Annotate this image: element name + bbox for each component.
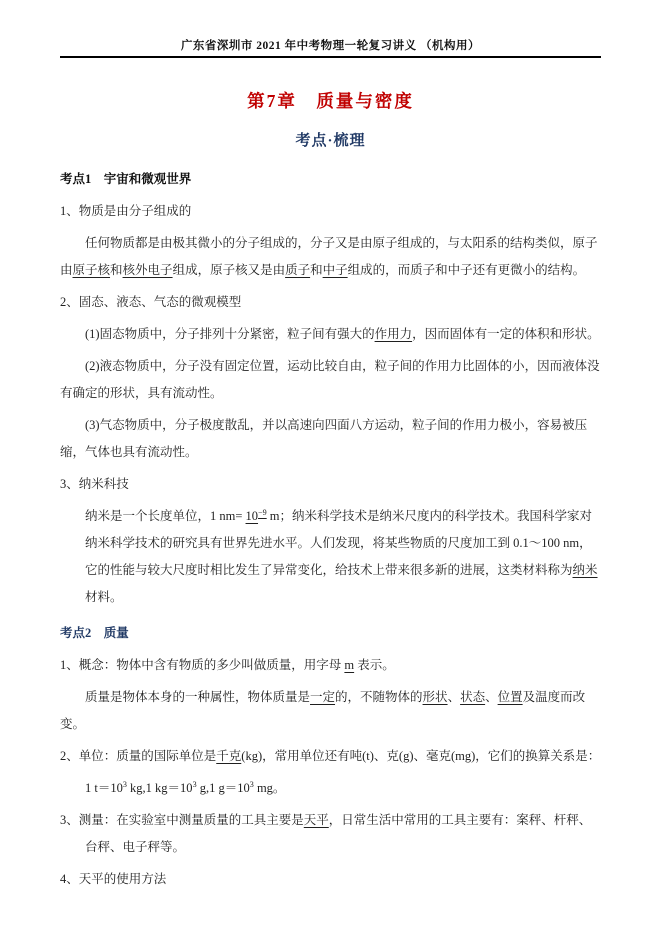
paragraph: 2、单位：质量的国际单位是千克(kg)，常用单位还有吨(t)、克(g)、毫克(m… [60,743,601,770]
text-run: 1、概念：物体中含有物质的多少叫做质量，用字母 [60,658,344,672]
paragraph: (2)液态物质中，分子没有固定位置，运动比较自由，粒子间的作用力比固体的小，因而… [60,353,601,407]
text-run: ，因而固体有一定的体积和形状。 [412,327,600,341]
paragraph: (1)固态物质中，分子排列十分紧密，粒子间有强大的作用力，因而固体有一定的体积和… [60,321,601,348]
text-run: 材料。 [85,590,123,604]
page-subtitle: 考点·梳理 [0,129,661,150]
key-term: 核外电子 [123,263,173,277]
text-run: 考点1 宇宙和微观世界 [60,172,191,186]
paragraph: 质量是物体本身的一种属性，物体质量是一定的，不随物体的形状、状态、位置及温度而改… [60,684,601,738]
key-term: 天平 [304,813,329,827]
text-run: 3、纳米科技 [60,477,129,491]
text-run: kg,1 kg＝10 [127,781,193,795]
paragraph: 1、概念：物体中含有物质的多少叫做质量，用字母 m 表示。 [60,652,601,679]
text-run: 、 [485,690,498,704]
text-run: 的，不随物体的 [335,690,423,704]
text-run: 质量是物体本身的一种属性，物体质量是 [85,690,310,704]
paragraph: 1 t＝103 kg,1 kg＝103 g,1 g＝103 mg。 [60,775,601,802]
paragraph: (3)气态物质中，分子极度散乱，并以高速向四面八方运动，粒子间的作用力极小，容易… [60,412,601,466]
page-header: 广东省深圳市 2021 年中考物理一轮复习讲义 （机构用） [60,0,601,58]
key-term: 位置 [498,690,523,704]
section-heading: 考点1 宇宙和微观世界 [60,166,601,193]
text-run: 和 [310,263,323,277]
text-run: 考点2 质量 [60,626,129,640]
key-term: m [344,658,354,672]
key-term: 原子核 [73,263,111,277]
text-run: 3、测量：在实验室中测量质量的工具主要是 [60,813,304,827]
key-term: 10 [246,509,259,523]
key-term: 中子 [323,263,348,277]
document-page: 广东省深圳市 2021 年中考物理一轮复习讲义 （机构用） 第7章 质量与密度 … [0,0,661,935]
text-run: 表示。 [354,658,395,672]
text-run: 2、固态、液态、气态的微观模型 [60,295,241,309]
section-heading: 考点2 质量 [60,620,601,647]
text-run: 、 [448,690,461,704]
text-run: 组成的，而质子和中子还有更微小的结构。 [348,263,586,277]
paragraph: 2、固态、液态、气态的微观模型 [60,289,601,316]
text-run: 组成，原子核又是由 [173,263,286,277]
text-run: g,1 g＝10 [197,781,250,795]
key-term: 形状 [423,690,448,704]
paragraph: 3、测量：在实验室中测量质量的工具主要是天平，日常生活中常用的工具主要有：案秤、… [60,807,601,861]
key-term: −9 [258,508,267,517]
paragraph: 任何物质都是由极其微小的分子组成的，分子又是由原子组成的，与太阳系的结构类似，原… [60,230,601,284]
paragraph: 纳米是一个长度单位，1 nm= 10−9 m；纳米科学技术是纳米尺度内的科学技术… [60,503,601,611]
paragraph: 3、纳米科技 [60,471,601,498]
text-run: 2、单位：质量的国际单位是 [60,749,216,763]
text-run: (3)气态物质中，分子极度散乱，并以高速向四面八方运动，粒子间的作用力极小，容易… [60,418,587,459]
key-term: 一定 [310,690,335,704]
paragraph: 1、物质是由分子组成的 [60,198,601,225]
text-run: (kg)，常用单位还有吨(t)、克(g)、毫克(mg)，它们的换算关系是： [241,749,600,763]
text-run: 纳米是一个长度单位，1 nm= [85,509,246,523]
key-term: 状态 [460,690,485,704]
text-run: 和 [110,263,123,277]
key-term: 千克 [216,749,241,763]
key-term: 作用力 [375,327,413,341]
text-run: 1、物质是由分子组成的 [60,204,191,218]
paragraph: 4、天平的使用方法 [60,866,601,893]
text-run: mg。 [254,781,286,795]
text-run: (2)液态物质中，分子没有固定位置，运动比较自由，粒子间的作用力比固体的小，因而… [60,359,600,400]
key-term: 质子 [285,263,310,277]
document-body: 考点1 宇宙和微观世界1、物质是由分子组成的任何物质都是由极其微小的分子组成的，… [60,166,601,893]
text-run: 1 t＝10 [85,781,123,795]
text-run: 4、天平的使用方法 [60,872,166,886]
key-term: 纳米 [573,563,598,577]
text-run: (1)固态物质中，分子排列十分紧密，粒子间有强大的 [85,327,375,341]
page-title: 第7章 质量与密度 [0,88,661,113]
